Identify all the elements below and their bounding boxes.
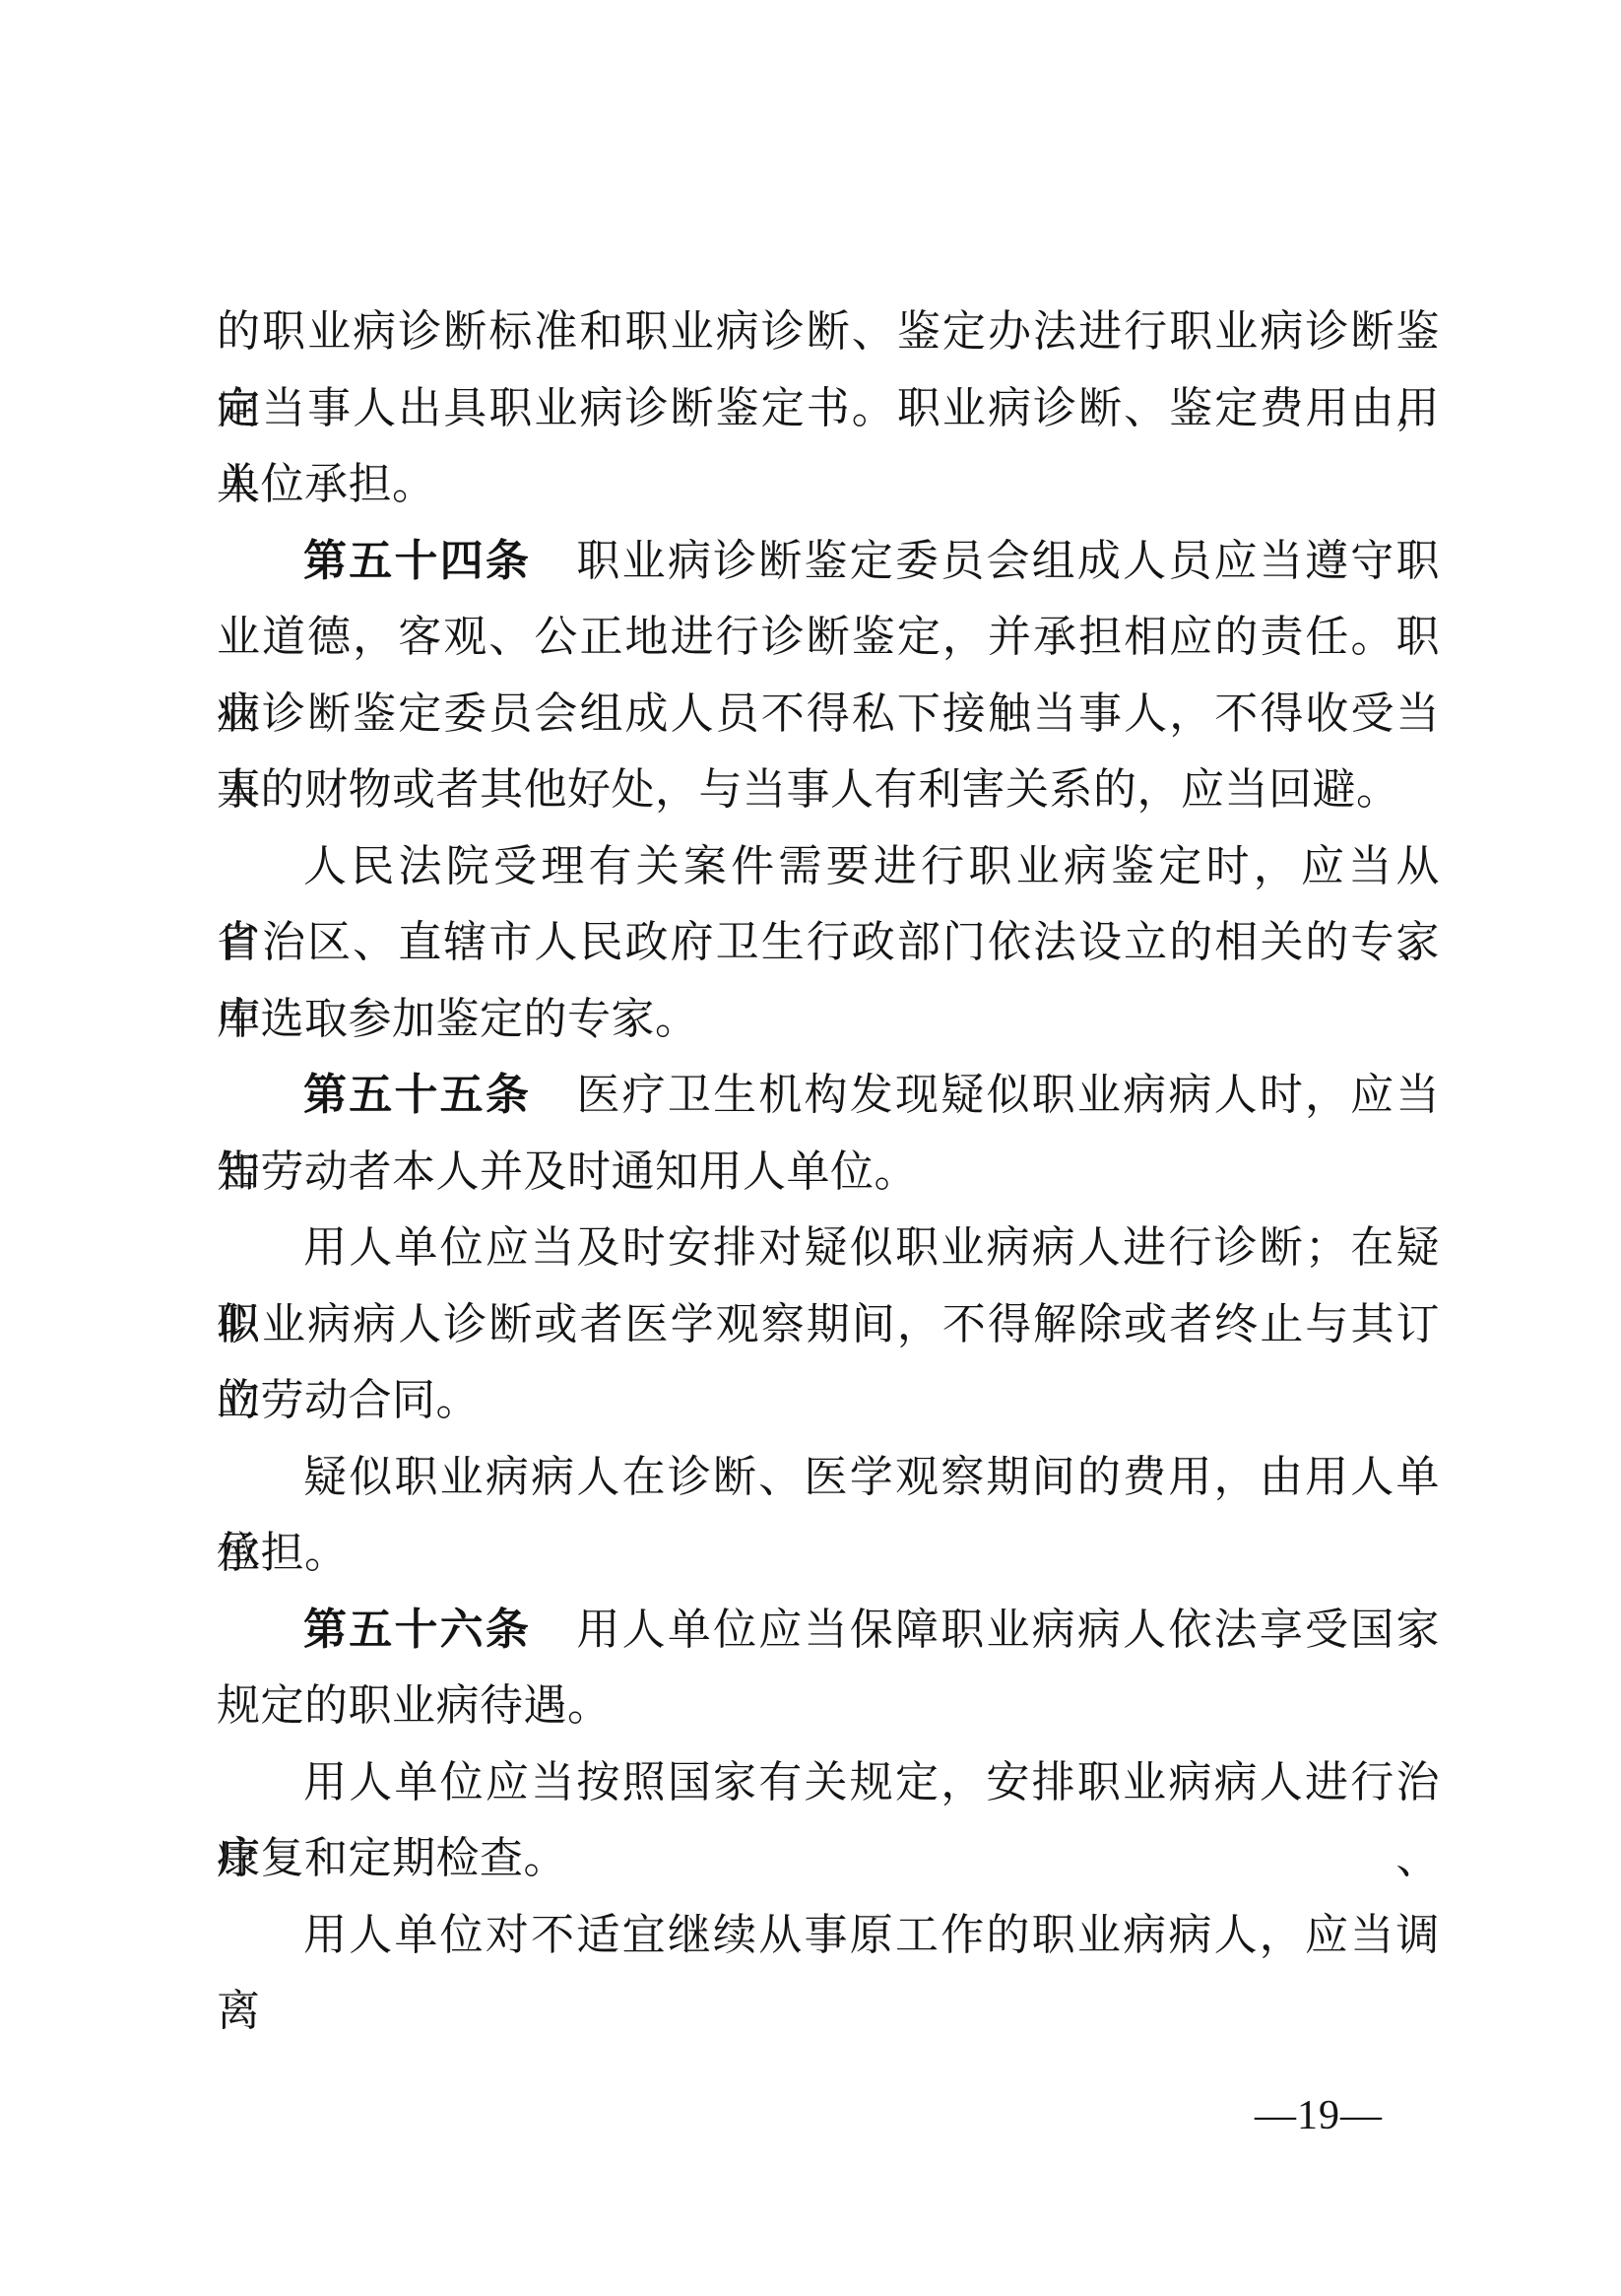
text-line: 自治区、直辖市人民政府卫生行政部门依法设立的相关的专家库	[217, 904, 1440, 981]
text-line: 业道德，客观、公正地进行诊断鉴定，并承担相应的责任。职业	[217, 599, 1440, 676]
text-line: 承担。	[217, 1515, 1440, 1592]
text-line: 中选取参加鉴定的专家。	[217, 981, 1440, 1058]
text-line: 第五十五条 医疗卫生机构发现疑似职业病病人时，应当告	[217, 1057, 1440, 1134]
text-line: 规定的职业病待遇。	[217, 1668, 1440, 1744]
text-line: 用人单位对不适宜继续从事原工作的职业病病人，应当调离	[217, 1897, 1440, 1974]
text-line: 的职业病诊断标准和职业病诊断、鉴定办法进行职业病诊断鉴定，	[217, 294, 1440, 370]
page-number: —19—	[1255, 2092, 1383, 2139]
text-line: 用人单位应当按照国家有关规定，安排职业病病人进行治疗、	[217, 1744, 1440, 1821]
text-line: 第五十四条 职业病诊断鉴定委员会组成人员应当遵守职	[217, 523, 1440, 600]
text-line: 疑似职业病病人在诊断、医学观察期间的费用，由用人单位	[217, 1439, 1440, 1516]
text-line: 向当事人出具职业病诊断鉴定书。职业病诊断、鉴定费用由用人	[217, 370, 1440, 447]
text-line: 人民法院受理有关案件需要进行职业病鉴定时，应当从省、	[217, 828, 1440, 905]
text-line: 第五十六条 用人单位应当保障职业病病人依法享受国家	[217, 1592, 1440, 1669]
article-number: 第五十四条	[303, 537, 531, 585]
text-line: 单位承担。	[217, 446, 1440, 523]
text-line: 用人单位应当及时安排对疑似职业病病人进行诊断；在疑似	[217, 1210, 1440, 1286]
document-page: 的职业病诊断标准和职业病诊断、鉴定办法进行职业病诊断鉴定，向当事人出具职业病诊断…	[0, 0, 1621, 2296]
text-line: 知劳动者本人并及时通知用人单位。	[217, 1134, 1440, 1211]
text-line: 人的财物或者其他好处，与当事人有利害关系的，应当回避。	[217, 752, 1440, 828]
article-number: 第五十六条	[303, 1606, 531, 1654]
article-number: 第五十五条	[303, 1071, 531, 1119]
document-body: 的职业病诊断标准和职业病诊断、鉴定办法进行职业病诊断鉴定，向当事人出具职业病诊断…	[217, 294, 1440, 1973]
text-line: 病诊断鉴定委员会组成人员不得私下接触当事人，不得收受当事	[217, 676, 1440, 753]
text-line: 职业病病人诊断或者医学观察期间，不得解除或者终止与其订立	[217, 1286, 1440, 1363]
text-line: 的劳动合同。	[217, 1362, 1440, 1439]
